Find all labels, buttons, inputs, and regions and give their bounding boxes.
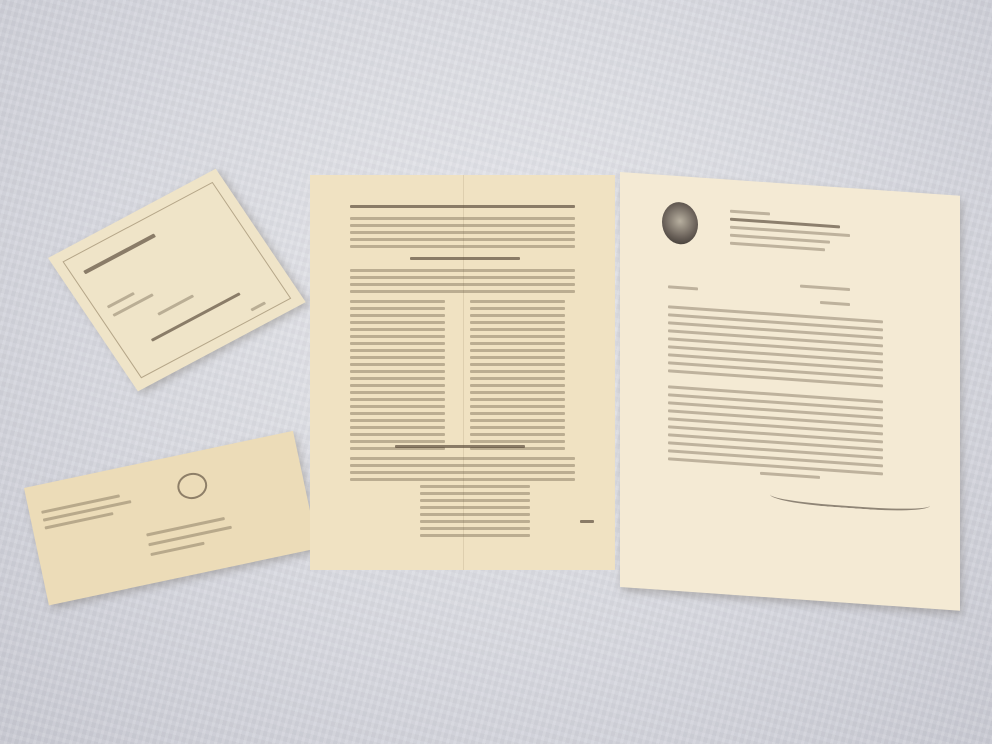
fold-line <box>463 175 464 570</box>
text-line <box>420 499 530 502</box>
text-line <box>350 290 575 293</box>
text-line <box>470 384 565 387</box>
text-line <box>350 307 445 310</box>
text-line <box>730 242 825 252</box>
text-line <box>350 426 445 429</box>
text-line <box>420 513 530 516</box>
text-line <box>350 391 445 394</box>
letterhead-portrait <box>662 201 698 246</box>
text-line <box>420 534 530 537</box>
text-line <box>350 321 445 324</box>
text-line <box>350 205 575 208</box>
typed-letter <box>620 172 960 611</box>
text-line <box>350 245 575 248</box>
text-line <box>800 285 850 291</box>
text-line <box>470 412 565 415</box>
text-line <box>470 426 565 429</box>
text-line <box>350 419 445 422</box>
text-line <box>420 506 530 509</box>
text-line <box>350 478 575 481</box>
text-line <box>470 321 565 324</box>
text-line <box>350 433 445 436</box>
text-line <box>350 283 575 286</box>
text-line <box>470 335 565 338</box>
text-line <box>350 349 445 352</box>
text-line <box>470 377 565 380</box>
text-line <box>470 370 565 373</box>
text-line <box>350 335 445 338</box>
text-line <box>730 210 770 216</box>
text-line <box>350 464 575 467</box>
text-line <box>395 445 525 448</box>
text-line <box>350 300 445 303</box>
text-line <box>668 369 883 387</box>
text-line <box>760 472 820 479</box>
text-line <box>470 342 565 345</box>
text-line <box>350 238 575 241</box>
text-line <box>350 328 445 331</box>
text-line <box>470 398 565 401</box>
text-line <box>470 356 565 359</box>
text-line <box>350 471 575 474</box>
text-line <box>350 363 445 366</box>
recipient-address <box>148 526 232 547</box>
text-line <box>420 492 530 495</box>
text-line <box>350 412 445 415</box>
text-line <box>470 328 565 331</box>
text-line <box>470 363 565 366</box>
text-line <box>350 269 575 272</box>
text-line <box>350 314 445 317</box>
text-line <box>470 314 565 317</box>
text-line <box>350 370 445 373</box>
text-line <box>410 257 520 260</box>
text-line <box>470 349 565 352</box>
text-line <box>668 285 698 290</box>
text-line <box>350 276 575 279</box>
text-line <box>350 384 445 387</box>
text-line <box>350 398 445 401</box>
text-line <box>350 342 445 345</box>
handwritten-signature <box>770 482 930 513</box>
text-line <box>350 356 445 359</box>
postmark <box>175 470 210 502</box>
text-line <box>470 391 565 394</box>
printed-list-document <box>310 175 615 570</box>
text-line <box>350 405 445 408</box>
text-line <box>420 485 530 488</box>
text-line <box>350 440 445 443</box>
text-line <box>350 224 575 227</box>
text-line <box>470 307 565 310</box>
text-line <box>470 440 565 443</box>
text-line <box>470 300 565 303</box>
return-address <box>44 512 113 529</box>
text-line <box>350 457 575 460</box>
text-line <box>350 217 575 220</box>
text-line <box>350 231 575 234</box>
text-line <box>350 377 445 380</box>
text-line <box>470 405 565 408</box>
text-line <box>580 520 594 523</box>
text-line <box>470 433 565 436</box>
text-line <box>470 419 565 422</box>
text-line <box>820 301 850 306</box>
text-line <box>420 520 530 523</box>
text-line <box>420 527 530 530</box>
recipient-address <box>146 517 225 537</box>
